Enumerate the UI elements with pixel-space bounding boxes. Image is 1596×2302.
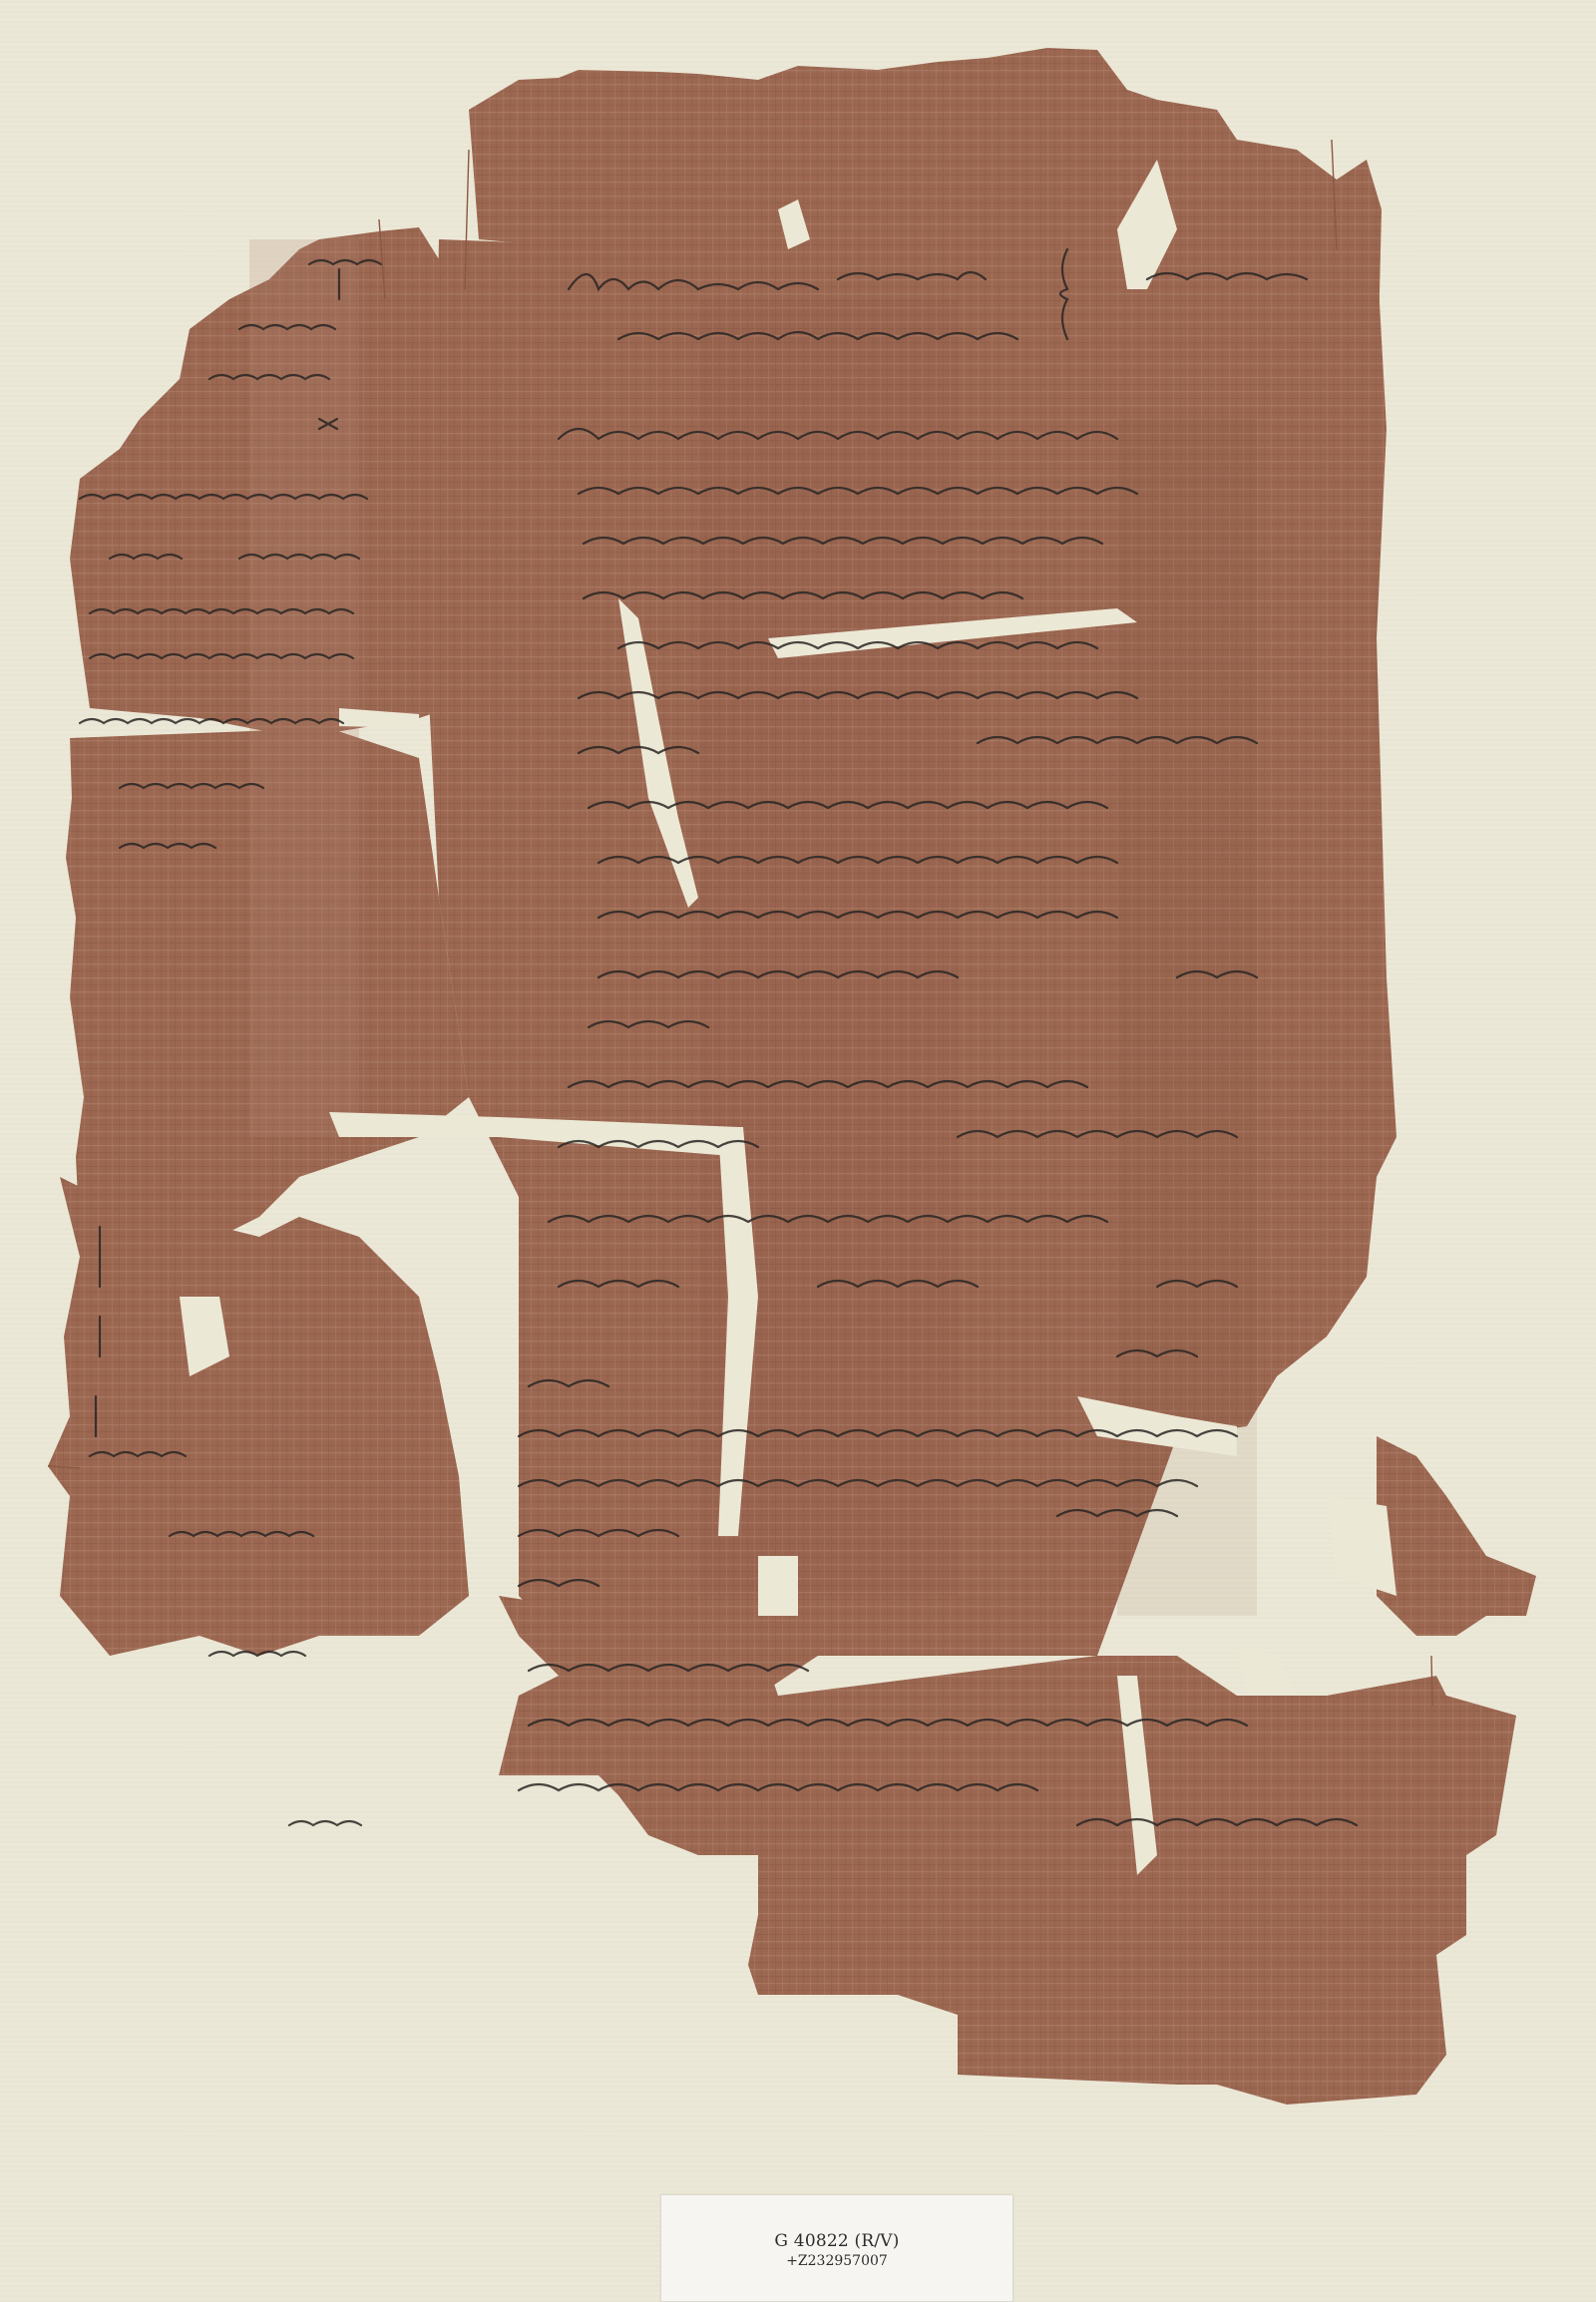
record-id: +Z232957007	[661, 2253, 1012, 2269]
museum-inventory-label: G 40822 (R/V) +Z232957007	[660, 2194, 1013, 2302]
inventory-number: G 40822 (R/V)	[661, 2231, 1012, 2251]
papyrus-fragment	[0, 0, 1596, 2302]
